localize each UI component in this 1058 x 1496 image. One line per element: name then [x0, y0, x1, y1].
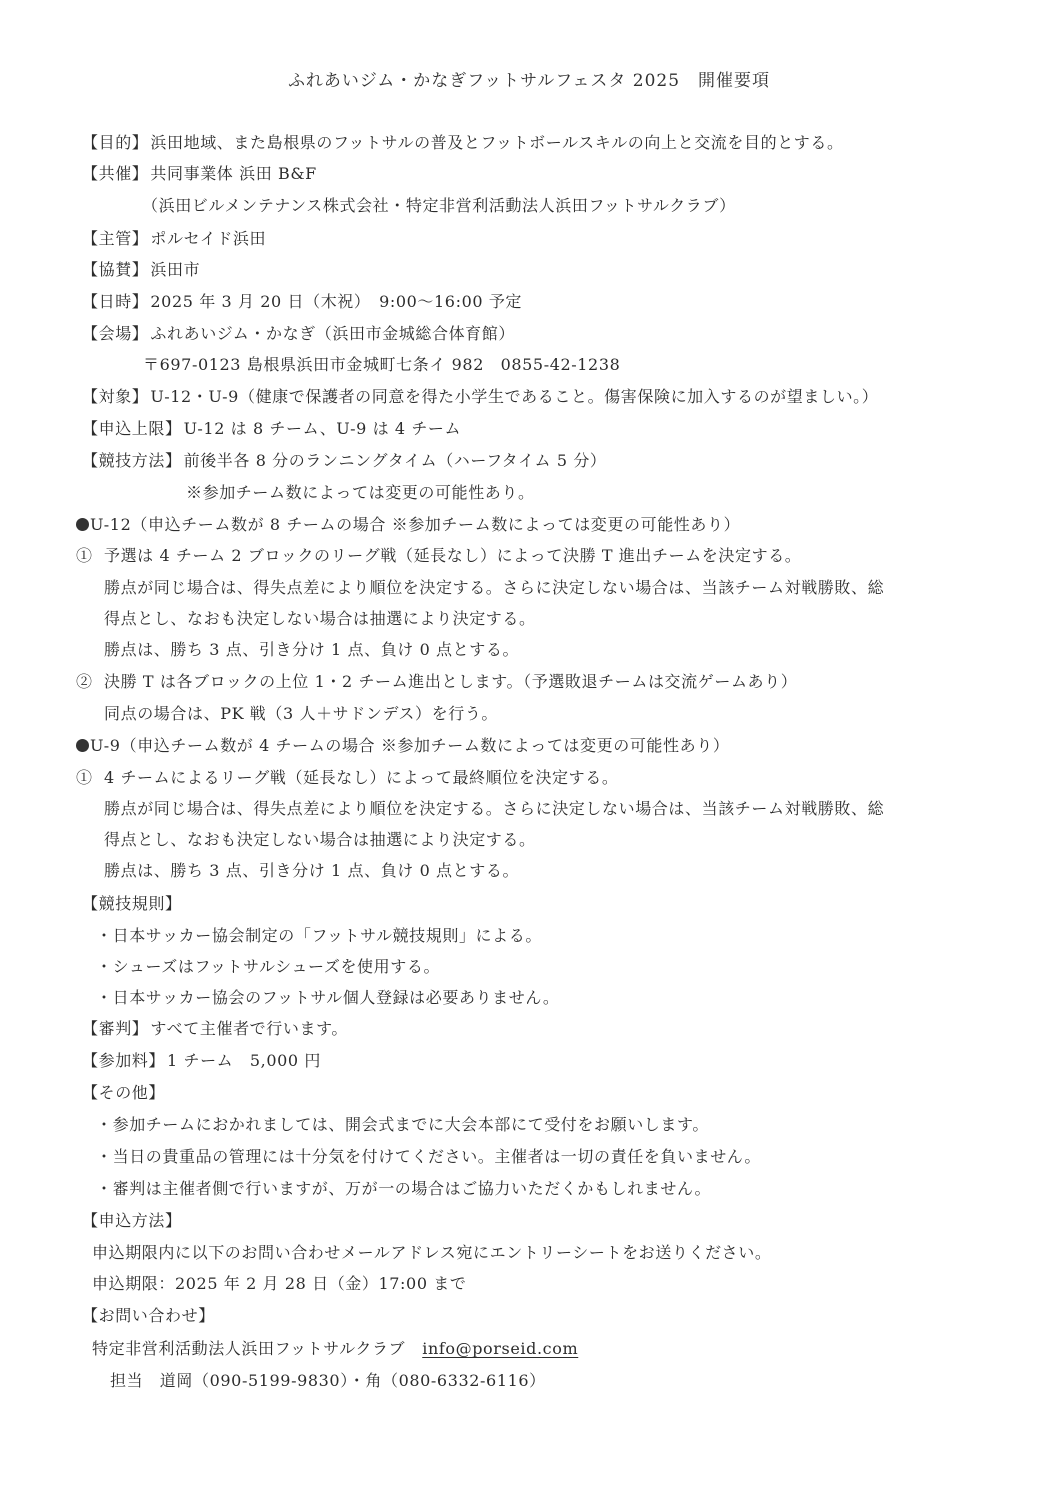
rules-item-1: ・日本サッカー協会制定の「フットサル競技規則」による。 [96, 925, 542, 947]
u9-item-1-line-1: 4 チームによるリーグ戦（延長なし）によって最終順位を決定する。 [104, 768, 618, 787]
organizer-row: 【主管】ポルセイド浜田 [82, 228, 266, 250]
u9-item-1-line-4: 勝点は、勝ち 3 点、引き分け 1 点、負け 0 点とする。 [104, 860, 519, 882]
venue-label: 【会場】 [82, 324, 148, 343]
rules-item-2: ・シューズはフットサルシューズを使用する。 [96, 956, 440, 978]
u12-item-2: ② 決勝 T は各ブロックの上位 1・2 チーム進出とします。（予選敗退チームは… [76, 671, 797, 693]
u12-item-1-line-4: 勝点は、勝ち 3 点、引き分け 1 点、負け 0 点とする。 [104, 639, 519, 661]
u12-heading-row: U-12（申込チーム数が 8 チームの場合 ※参加チーム数によっては変更の可能性… [76, 514, 740, 536]
document-page: ふれあいジム・かなぎフットサルフェスタ 2025 開催要項 【目的】浜田地域、ま… [0, 0, 1058, 1496]
rules-label: 【競技規則】 [82, 893, 182, 915]
u12-item-1-num: ① [76, 546, 93, 565]
limit-row: 【申込上限】U-12 は 8 チーム、U-9 は 4 チーム [82, 418, 461, 440]
referee-label: 【審判】 [82, 1019, 148, 1038]
target-row: 【対象】U-12・U-9（健康で保護者の同意を得た小学生であること。傷害保険に加… [82, 386, 878, 408]
fee-row: 【参加料】1 チーム 5,000 円 [82, 1050, 321, 1072]
organizer-label: 【主管】 [82, 229, 148, 248]
u12-item-1: ① 予選は 4 チーム 2 ブロックのリーグ戦（延長なし）によって決勝 T 進出… [76, 545, 801, 567]
format-note: ※参加チーム数によっては変更の可能性あり。 [186, 482, 535, 504]
target-text: U-12・U-9（健康で保護者の同意を得た小学生であること。傷害保険に加入するの… [150, 387, 878, 406]
apply-deadline: 申込期限：2025 年 2 月 28 日（金）17:00 まで [92, 1273, 466, 1295]
cohost-text: 共同事業体 浜田 B&F [150, 164, 316, 183]
u12-item-1-line-3: 得点とし、なおも決定しない場合は抽選により決定する。 [104, 608, 536, 630]
organizer-text: ポルセイド浜田 [150, 229, 266, 248]
u12-heading: U-12（申込チーム数が 8 チームの場合 ※参加チーム数によっては変更の可能性… [90, 515, 740, 534]
bullet-icon [76, 739, 89, 752]
sponsor-text: 浜田市 [150, 260, 200, 279]
fee-text: 1 チーム 5,000 円 [167, 1051, 321, 1070]
format-label: 【競技方法】 [82, 451, 182, 470]
fee-label: 【参加料】 [82, 1051, 165, 1070]
format-row: 【競技方法】前後半各 8 分のランニングタイム（ハーフタイム 5 分） [82, 450, 607, 472]
contact-label: 【お問い合わせ】 [82, 1305, 215, 1327]
u12-item-1-line-2: 勝点が同じ場合は、得失点差により順位を決定する。さらに決定しない場合は、当該チー… [104, 577, 884, 599]
cohost-sub: （浜田ビルメンテナンス株式会社・特定非営利活動法人浜田フットサルクラブ） [142, 195, 736, 217]
contact-org-row: 特定非営利活動法人浜田フットサルクラブ info@porseid.com [92, 1338, 578, 1360]
venue-text: ふれあいジム・かなぎ（浜田市金城総合体育館） [150, 324, 515, 343]
contact-email-link[interactable]: info@porseid.com [422, 1339, 578, 1358]
apply-text: 申込期限内に以下のお問い合わせメールアドレス宛にエントリーシートをお送りください… [92, 1242, 771, 1264]
contact-org: 特定非営利活動法人浜田フットサルクラブ [92, 1339, 405, 1358]
purpose-text: 浜田地域、また島根県のフットサルの普及とフットボールスキルの向上と交流を目的とす… [150, 133, 843, 152]
datetime-label: 【日時】 [82, 292, 148, 311]
u12-item-2-line-1: 決勝 T は各ブロックの上位 1・2 チーム進出とします。（予選敗退チームは交流… [104, 672, 797, 691]
venue-address: 〒697-0123 島根県浜田市金城町七条イ 982 0855-42-1238 [143, 354, 620, 376]
referee-row: 【審判】すべて主催者で行います。 [82, 1018, 348, 1040]
venue-row: 【会場】ふれあいジム・かなぎ（浜田市金城総合体育館） [82, 323, 515, 345]
cohost-row: 【共催】共同事業体 浜田 B&F [82, 163, 317, 185]
u9-heading-row: U-9（申込チーム数が 4 チームの場合 ※参加チーム数によっては変更の可能性あ… [76, 735, 729, 757]
rules-item-3: ・日本サッカー協会のフットサル個人登録は必要ありません。 [96, 987, 560, 1009]
u9-heading: U-9（申込チーム数が 4 チームの場合 ※参加チーム数によっては変更の可能性あ… [90, 736, 729, 755]
purpose-row: 【目的】浜田地域、また島根県のフットサルの普及とフットボールスキルの向上と交流を… [82, 132, 844, 154]
document-title: ふれあいジム・かなぎフットサルフェスタ 2025 開催要項 [0, 66, 1058, 91]
other-label: 【その他】 [82, 1082, 165, 1104]
u12-item-2-line-2: 同点の場合は、PK 戦（3 人＋サドンデス）を行う。 [104, 703, 498, 725]
format-text: 前後半各 8 分のランニングタイム（ハーフタイム 5 分） [184, 451, 607, 470]
cohost-label: 【共催】 [82, 164, 148, 183]
target-label: 【対象】 [82, 387, 148, 406]
contact-persons: 担当 道岡（090-5199-9830）・角（080-6332-6116） [110, 1370, 546, 1392]
u9-item-1-line-3: 得点とし、なおも決定しない場合は抽選により決定する。 [104, 829, 536, 851]
datetime-text: 2025 年 3 月 20 日（木祝） 9:00～16:00 予定 [150, 292, 522, 311]
u9-item-1-num: ① [76, 768, 93, 787]
sponsor-label: 【協賛】 [82, 260, 148, 279]
datetime-row: 【日時】2025 年 3 月 20 日（木祝） 9:00～16:00 予定 [82, 291, 522, 313]
sponsor-row: 【協賛】浜田市 [82, 259, 200, 281]
u12-item-1-line-1: 予選は 4 チーム 2 ブロックのリーグ戦（延長なし）によって決勝 T 進出チー… [104, 546, 801, 565]
referee-text: すべて主催者で行います。 [150, 1019, 348, 1038]
other-item-1: ・参加チームにおかれましては、開会式までに大会本部にて受付をお願いします。 [96, 1114, 709, 1136]
apply-label: 【申込方法】 [82, 1210, 182, 1232]
other-item-3: ・審判は主催者側で行いますが、万が一の場合はご協力いただくかもしれません。 [96, 1178, 711, 1200]
limit-text: U-12 は 8 チーム、U-9 は 4 チーム [184, 419, 462, 438]
limit-label: 【申込上限】 [82, 419, 182, 438]
purpose-label: 【目的】 [82, 133, 148, 152]
u12-item-2-num: ② [76, 672, 93, 691]
bullet-icon [76, 518, 89, 531]
other-item-2: ・当日の貴重品の管理には十分気を付けてください。主催者は一切の責任を負いません。 [96, 1146, 761, 1168]
u9-item-1-line-2: 勝点が同じ場合は、得失点差により順位を決定する。さらに決定しない場合は、当該チー… [104, 798, 884, 820]
u9-item-1: ① 4 チームによるリーグ戦（延長なし）によって最終順位を決定する。 [76, 767, 618, 789]
